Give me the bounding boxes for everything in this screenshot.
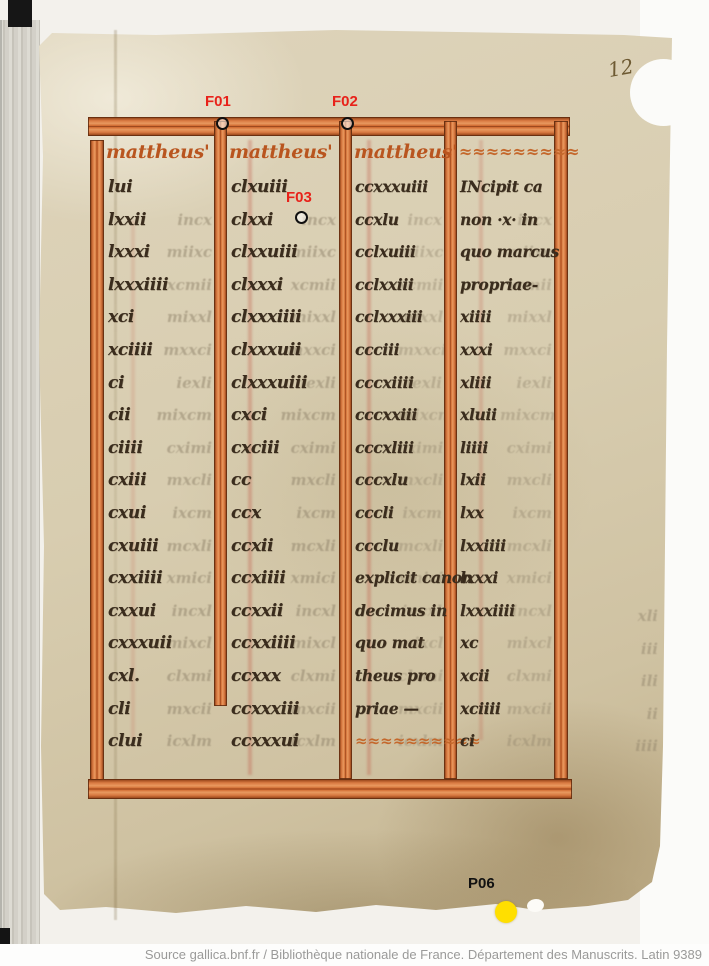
marker-point-f02[interactable] (341, 117, 354, 130)
manuscript-cell: lxxxiiii (108, 269, 212, 302)
manuscript-cell: lui (108, 171, 212, 204)
manuscript-cell: ccxlu (355, 204, 443, 237)
manuscript-cell: clxxxiiii (231, 301, 337, 334)
manuscript-cell: non ·x· in (460, 204, 553, 237)
manuscript-cell: explicit canon (355, 562, 443, 595)
manuscript-cell: lxxxi (460, 562, 553, 595)
manuscript-cell: propriae- (460, 269, 553, 302)
manuscript-cell: cxciii (231, 432, 337, 465)
manuscript-cell: lxxiiii (460, 530, 553, 563)
manuscript-scan-viewer: 12 incxmiixcxcmiimixxlmxxciiexlimixcmcxi… (0, 0, 709, 966)
marker-label-f02: F02 (332, 93, 358, 110)
bleedthrough-margin-text: xliiiiiliiiiiii (588, 600, 658, 763)
manuscript-cell: ii (588, 698, 658, 731)
manuscript-cell: liiii (460, 432, 553, 465)
manuscript-cell: xli (588, 600, 658, 633)
manuscript-cell: ccciii (355, 334, 443, 367)
canon-frame-top-bar (88, 117, 570, 136)
manuscript-cell: lxii (460, 464, 553, 497)
manuscript-cell: lxxxi (108, 236, 212, 269)
manuscript-cell: clxxxi (231, 269, 337, 302)
canon-column-3: ccxxxuiiiccxlucclxuiiicclxxiiicclxxxiiic… (355, 171, 443, 758)
canon-frame-divider-1 (214, 121, 227, 706)
folio-number: 12 (606, 54, 635, 82)
manuscript-cell: priae — (355, 693, 443, 726)
manuscript-cell: clxxxuii (231, 334, 337, 367)
parchment-edge-notch (630, 59, 697, 126)
manuscript-cell: xcii (460, 660, 553, 693)
manuscript-cell: cclxxiii (355, 269, 443, 302)
manuscript-cell: ccxxiiii (231, 627, 337, 660)
manuscript-cell: xluii (460, 399, 553, 432)
canon-frame-bottom-bar (88, 779, 572, 799)
marker-point-f03[interactable] (295, 211, 308, 224)
manuscript-cell: xxxi (460, 334, 553, 367)
book-page-edges (0, 20, 40, 944)
manuscript-cell: ccxxx (231, 660, 337, 693)
manuscript-cell: ccxxxuiii (355, 171, 443, 204)
manuscript-cell: cccxliii (355, 432, 443, 465)
manuscript-cell: xliii (460, 367, 553, 400)
source-caption: Source gallica.bnf.fr / Bibliothèque nat… (0, 944, 709, 966)
manuscript-cell: clui (108, 725, 212, 758)
marker-label-f03: F03 (286, 189, 312, 206)
manuscript-cell: cxuiii (108, 530, 212, 563)
manuscript-cell: ccxiiii (231, 562, 337, 595)
manuscript-cell: iiii (588, 730, 658, 763)
manuscript-cell: ciiii (108, 432, 212, 465)
canon-frame-left-bar (90, 140, 104, 788)
manuscript-cell: xc (460, 627, 553, 660)
canon-frame-divider-3 (444, 121, 457, 779)
column-header-mattheus-1: mattheus' (106, 137, 212, 167)
manuscript-cell: ccclu (355, 530, 443, 563)
manuscript-cell: xciiii (460, 693, 553, 726)
column-header-mattheus-3: mattheus' (354, 137, 442, 167)
canon-column-4: INcipit canon ·x· inquo marcuspropriae-x… (460, 171, 553, 758)
manuscript-cell: lxxii (108, 204, 212, 237)
column-header-filler-ornament: ≈≈≈≈≈≈≈≈≈ (459, 137, 553, 167)
manuscript-cell: cclxxxiii (355, 301, 443, 334)
manuscript-cell: ccxxxiii (231, 693, 337, 726)
column-header-mattheus-2: mattheus' (229, 137, 337, 167)
manuscript-cell: ≈≈≈≈≈≈≈≈≈≈ (355, 725, 443, 758)
manuscript-cell: cxxiiii (108, 562, 212, 595)
manuscript-cell: cxci (231, 399, 337, 432)
manuscript-cell: cclxuiii (355, 236, 443, 269)
manuscript-cell: decimus in (355, 595, 443, 628)
manuscript-cell: cc (231, 464, 337, 497)
manuscript-cell: clxxxuiii (231, 367, 337, 400)
marker-point-p06[interactable] (495, 901, 517, 923)
manuscript-cell: lxx (460, 497, 553, 530)
binding-shadow (8, 0, 32, 27)
canon-frame-divider-2 (339, 121, 352, 779)
marker-point-f01[interactable] (216, 117, 229, 130)
manuscript-cell: cxl. (108, 660, 212, 693)
manuscript-cell: ccx (231, 497, 337, 530)
manuscript-cell: theus pro (355, 660, 443, 693)
manuscript-cell: ili (588, 665, 658, 698)
manuscript-cell: ccxxxui (231, 725, 337, 758)
manuscript-cell: clxxuiii (231, 236, 337, 269)
marker-label-p06: P06 (468, 875, 495, 892)
manuscript-cell: iii (588, 633, 658, 666)
manuscript-cell: cli (108, 693, 212, 726)
marker-label-f01: F01 (205, 93, 231, 110)
manuscript-cell: clxxi (231, 204, 337, 237)
manuscript-cell: INcipit ca (460, 171, 553, 204)
manuscript-cell: xci (108, 301, 212, 334)
parchment-hole (526, 898, 545, 913)
manuscript-cell: cccxiiii (355, 367, 443, 400)
manuscript-cell: cxiii (108, 464, 212, 497)
manuscript-cell: clxuiii (231, 171, 337, 204)
manuscript-cell: cccli (355, 497, 443, 530)
canon-frame-right-bar (554, 121, 568, 779)
manuscript-cell: cxxui (108, 595, 212, 628)
manuscript-cell: lxxxiiii (460, 595, 553, 628)
manuscript-cell: cxui (108, 497, 212, 530)
manuscript-cell: quo marcus (460, 236, 553, 269)
manuscript-cell: xciiii (108, 334, 212, 367)
manuscript-cell: cii (108, 399, 212, 432)
manuscript-cell: ci (460, 725, 553, 758)
manuscript-cell: ci (108, 367, 212, 400)
manuscript-cell: quo mat (355, 627, 443, 660)
manuscript-cell: ccxxii (231, 595, 337, 628)
canon-column-1: luilxxiilxxxilxxxiiiixcixciiiiciciiciiii… (108, 171, 212, 758)
manuscript-cell: xiiii (460, 301, 553, 334)
canon-column-2: clxuiiiclxxiclxxuiiiclxxxiclxxxiiiiclxxx… (231, 171, 337, 758)
manuscript-cell: cccxlu (355, 464, 443, 497)
manuscript-cell: cxxxuii (108, 627, 212, 660)
manuscript-cell: cccxxiii (355, 399, 443, 432)
manuscript-cell: ccxii (231, 530, 337, 563)
